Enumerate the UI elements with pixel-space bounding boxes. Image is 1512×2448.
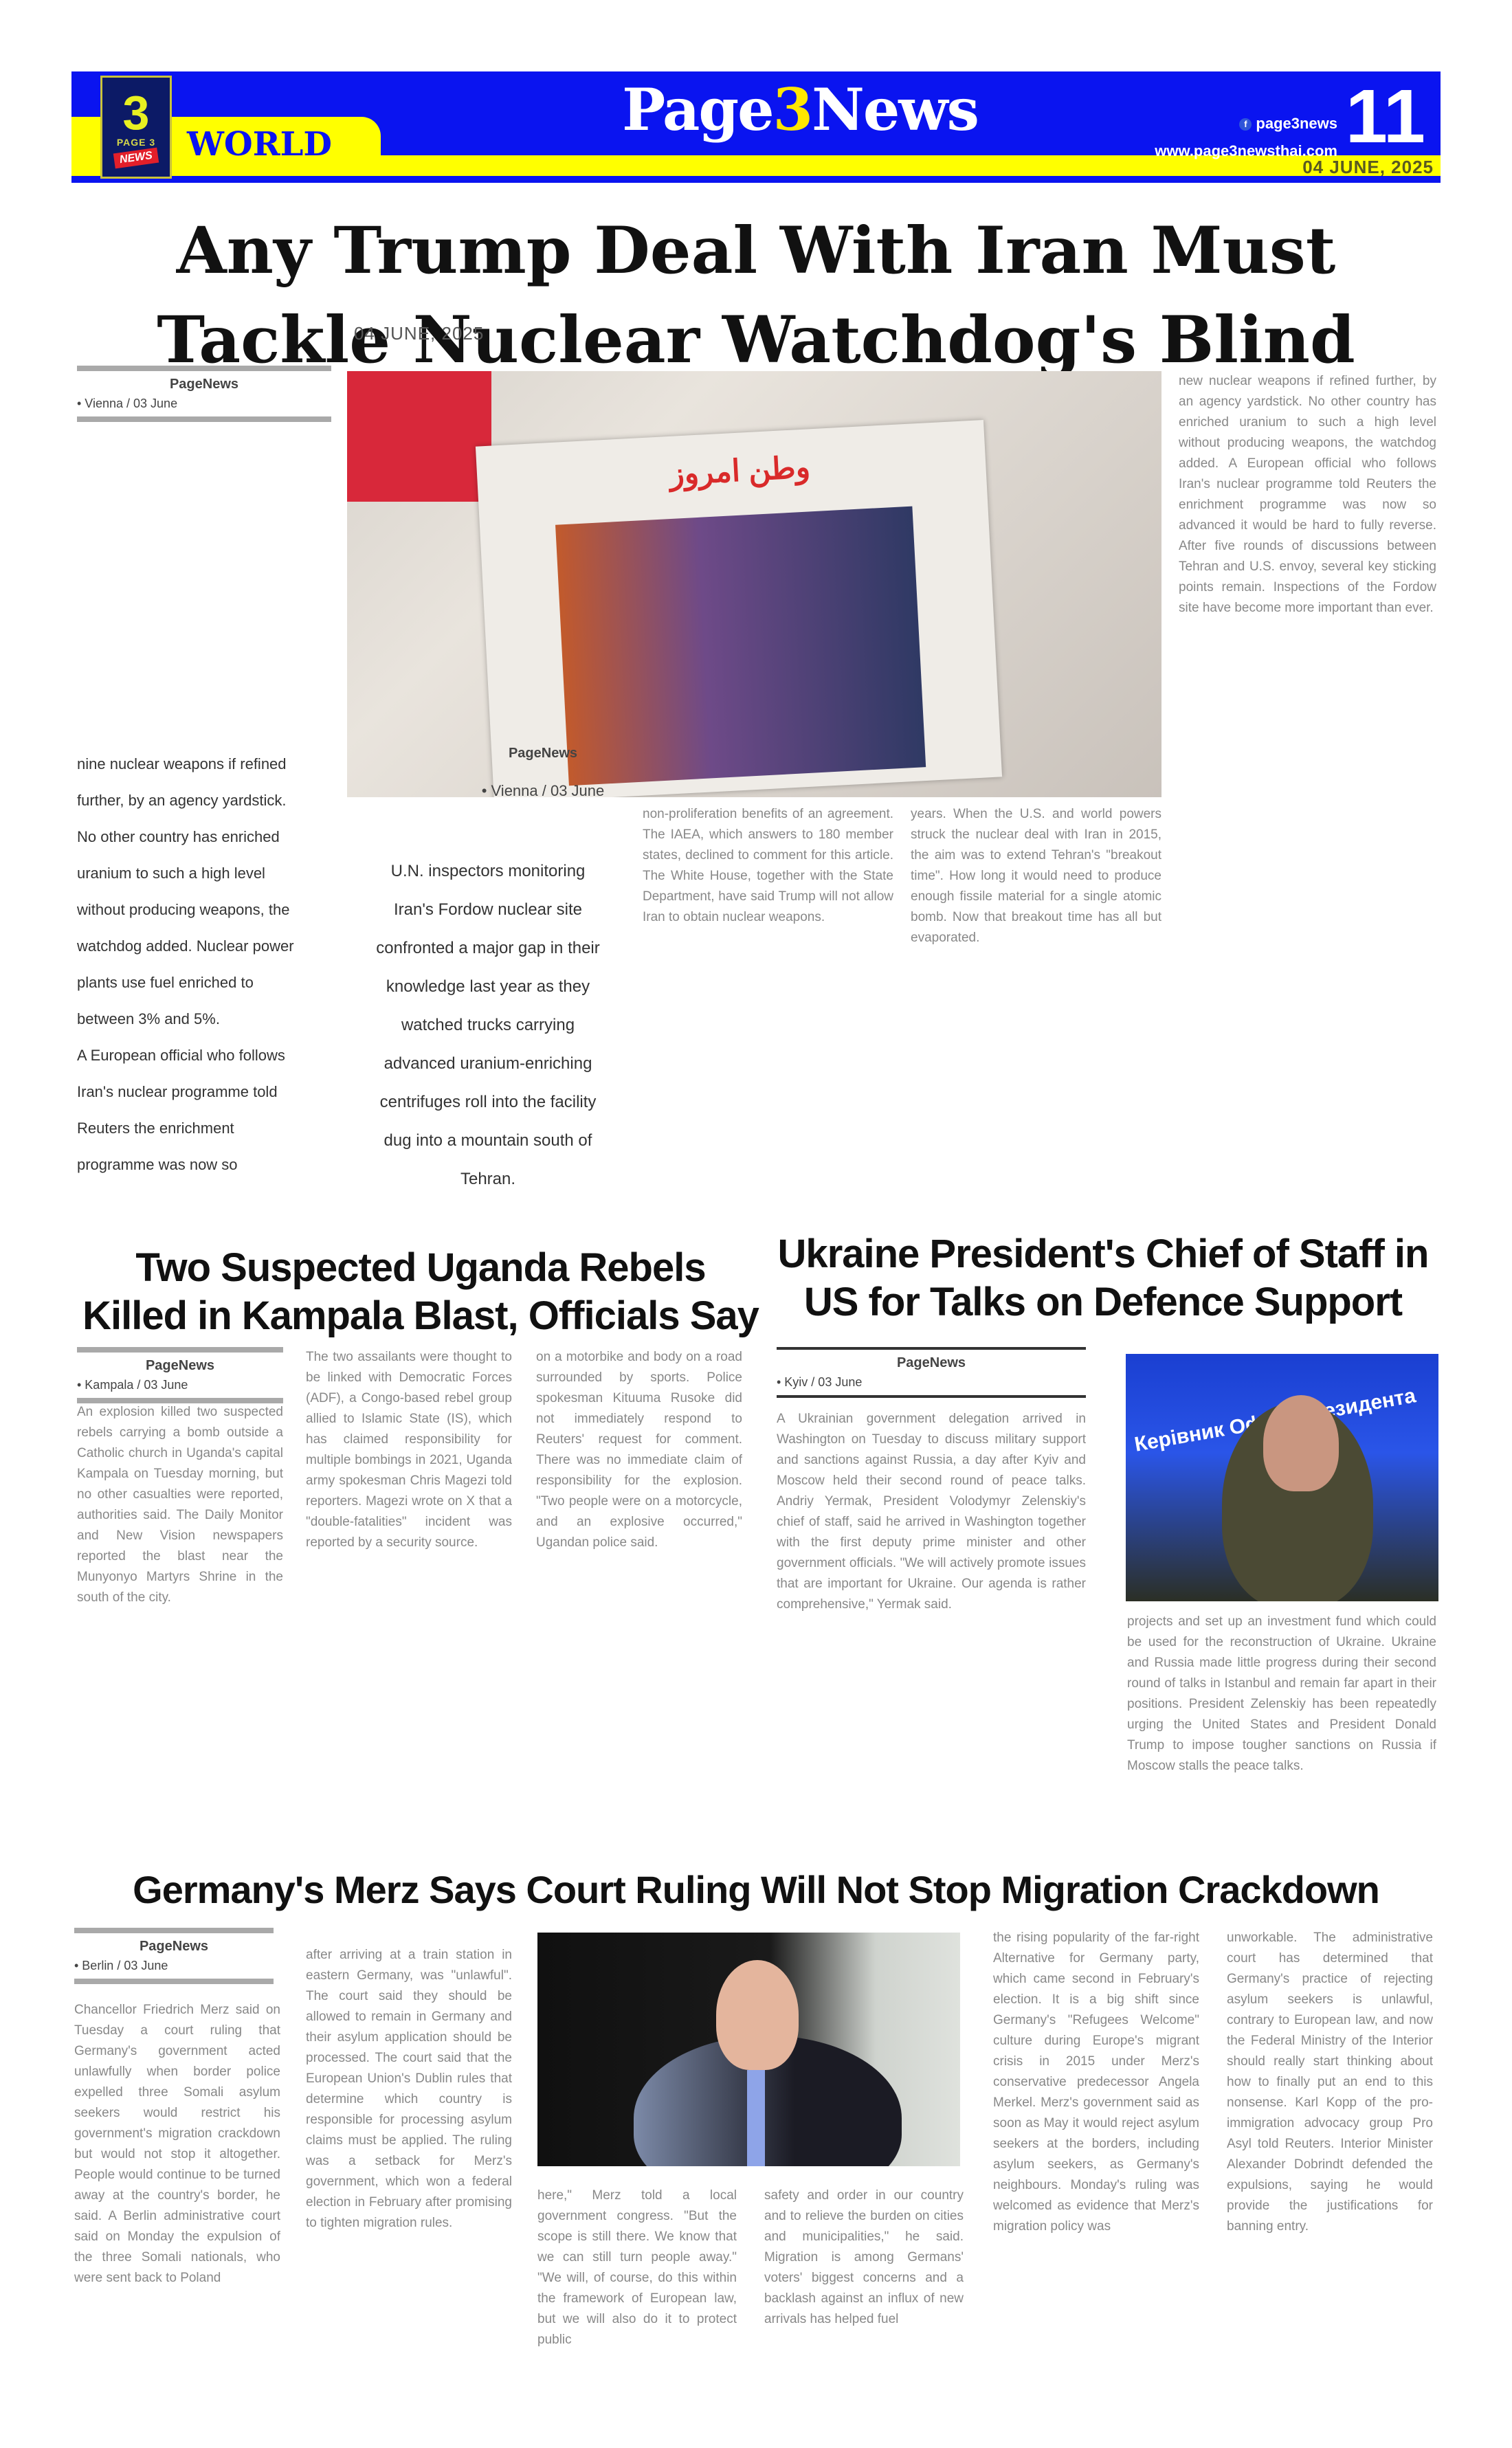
iran-inline-byline: PageNews • Vienna / 03 June — [440, 746, 646, 800]
person-face — [716, 1960, 799, 2070]
text-line: advanced uranium-enriching — [337, 1045, 639, 1083]
text-line: uranium to such a high level — [77, 855, 338, 891]
germany-column-2: after arriving at a train station in eas… — [306, 1945, 512, 2378]
newspaper-red-masthead — [347, 371, 491, 502]
iran-column-5: new nuclear weapons if refined further, … — [1179, 371, 1436, 1216]
ukraine-headline-line1: Ukraine President's Chief of Staff in — [770, 1230, 1436, 1278]
newspaper-photo-trump — [555, 507, 926, 786]
ukraine-byline: PageNews • Kyiv / 03 June — [777, 1347, 1086, 1403]
facebook-icon: f — [1239, 118, 1252, 131]
text-line: centrifuges roll into the facility — [337, 1083, 639, 1122]
section-label: WORLD — [187, 125, 332, 164]
germany-column-4: safety and order in our country and to r… — [764, 2185, 964, 2378]
byline-dateline: • Kampala / 03 June — [77, 1378, 283, 1392]
text-line: No other country has enriched — [77, 819, 338, 855]
iran-column-2: U.N. inspectors monitoring Iran's Fordow… — [337, 852, 639, 1210]
person-face — [1263, 1395, 1339, 1491]
byline-rule — [74, 1928, 274, 1933]
page-number: 11 — [1346, 76, 1425, 158]
text-line: A European official who follows — [77, 1037, 338, 1073]
ukraine-headline: Ukraine President's Chief of Staff in US… — [770, 1230, 1436, 1326]
brand-suffix: News — [812, 76, 978, 144]
logo-number: 3 — [123, 89, 150, 137]
germany-column-1: Chancellor Friedrich Merz said on Tuesda… — [74, 2000, 280, 2378]
text-line: without producing weapons, the — [77, 891, 338, 928]
germany-column-5: the rising popularity of the far-right A… — [993, 1928, 1199, 2378]
germany-headline: Germany's Merz Says Court Ruling Will No… — [71, 1866, 1441, 1914]
text-line: further, by an agency yardstick. — [77, 782, 338, 819]
uganda-headline: Two Suspected Uganda Rebels Killed in Ka… — [77, 1244, 764, 1340]
text-line: Reuters the enrichment — [77, 1110, 338, 1146]
byline-dateline: • Kyiv / 03 June — [777, 1375, 1086, 1390]
text-line: confronted a major gap in their — [337, 929, 639, 968]
facebook-handle: page3news — [1256, 115, 1337, 132]
byline-dateline: • Vienna / 03 June — [440, 782, 646, 800]
logo-news-label: NEWS — [113, 148, 159, 169]
brand-three: 3 — [773, 76, 812, 144]
text-line: programme was now so — [77, 1146, 338, 1183]
iran-column-1: nine nuclear weapons if refined further,… — [77, 746, 338, 1186]
text-line: between 3% and 5%. — [77, 1001, 338, 1037]
ukraine-yermak-photo: Керівник Офісу Президента — [1126, 1354, 1438, 1601]
germany-column-6: unworkable. The administrative court has… — [1227, 1928, 1433, 2378]
byline-agency: PageNews — [77, 377, 331, 392]
byline-rule — [74, 1979, 274, 1984]
iran-headline-line1: Any Trump Deal With Iran Must — [71, 206, 1441, 296]
text-line: nine nuclear weapons if refined — [77, 746, 338, 782]
masthead: 3 PAGE 3 NEWS WORLD Page3News fpage3news… — [71, 71, 1441, 183]
iran-newspapers-photo: وطن امروز — [347, 371, 1161, 797]
newspaper-title: وطن امروز — [669, 449, 811, 492]
byline-dateline: • Vienna / 03 June — [77, 397, 331, 411]
logo-page-label: PAGE 3 — [117, 137, 155, 148]
uganda-column-3: on a motorbike and body on a road surrou… — [536, 1347, 742, 1828]
byline-dateline: • Berlin / 03 June — [74, 1959, 274, 1973]
iran-overlay-date: 04 JUNE, 2025 — [354, 323, 484, 344]
byline-rule — [777, 1347, 1086, 1350]
facebook-link[interactable]: fpage3news — [1155, 110, 1337, 137]
uganda-byline: PageNews • Kampala / 03 June — [77, 1347, 283, 1409]
germany-column-3: here," Merz told a local government cong… — [537, 2185, 737, 2378]
germany-merz-photo — [537, 1933, 960, 2166]
byline-agency: PageNews — [77, 1358, 283, 1374]
ukraine-column-1: A Ukrainian government delegation arrive… — [777, 1409, 1086, 1835]
text-line: Iran's nuclear programme told — [77, 1073, 338, 1110]
newspaper-front-page: وطن امروز — [476, 420, 1002, 797]
uganda-column-1: An explosion killed two suspected rebels… — [77, 1402, 283, 1828]
text-line: watched trucks carrying — [337, 1006, 639, 1045]
iran-column-3: non-proliferation benefits of an agreeme… — [643, 804, 893, 1216]
byline-rule — [77, 416, 331, 422]
germany-byline: PageNews • Berlin / 03 June — [74, 1928, 274, 1990]
text-line: dug into a mountain south of — [337, 1122, 639, 1160]
byline-agency: PageNews — [440, 746, 646, 761]
issue-date: 04 JUNE, 2025 — [1302, 157, 1434, 178]
byline-rule — [77, 1347, 283, 1353]
iran-byline: PageNews • Vienna / 03 June — [77, 366, 331, 427]
uganda-column-2: The two assailants were thought to be li… — [306, 1347, 512, 1828]
byline-agency: PageNews — [74, 1939, 274, 1955]
text-line: Tehran. — [337, 1160, 639, 1199]
brand-title: Page3News — [608, 76, 992, 144]
text-line: plants use fuel enriched to — [77, 964, 338, 1001]
text-line: U.N. inspectors monitoring — [337, 852, 639, 891]
byline-rule — [777, 1395, 1086, 1398]
iran-column-4: years. When the U.S. and world powers st… — [911, 804, 1161, 1216]
byline-rule — [77, 366, 331, 371]
ukraine-headline-line2: US for Talks on Defence Support — [770, 1278, 1436, 1326]
page3-logo: 3 PAGE 3 NEWS — [100, 76, 172, 179]
uganda-headline-line1: Two Suspected Uganda Rebels — [77, 1244, 764, 1292]
text-line: Iran's Fordow nuclear site — [337, 891, 639, 929]
byline-agency: PageNews — [777, 1355, 1086, 1371]
uganda-headline-line2: Killed in Kampala Blast, Officials Say — [77, 1292, 764, 1340]
text-line: knowledge last year as they — [337, 968, 639, 1006]
person-tie — [747, 2070, 765, 2166]
brand-prefix: Page — [622, 76, 773, 144]
ukraine-column-2: projects and set up an investment fund w… — [1127, 1612, 1436, 1832]
text-line: watchdog added. Nuclear power — [77, 928, 338, 964]
